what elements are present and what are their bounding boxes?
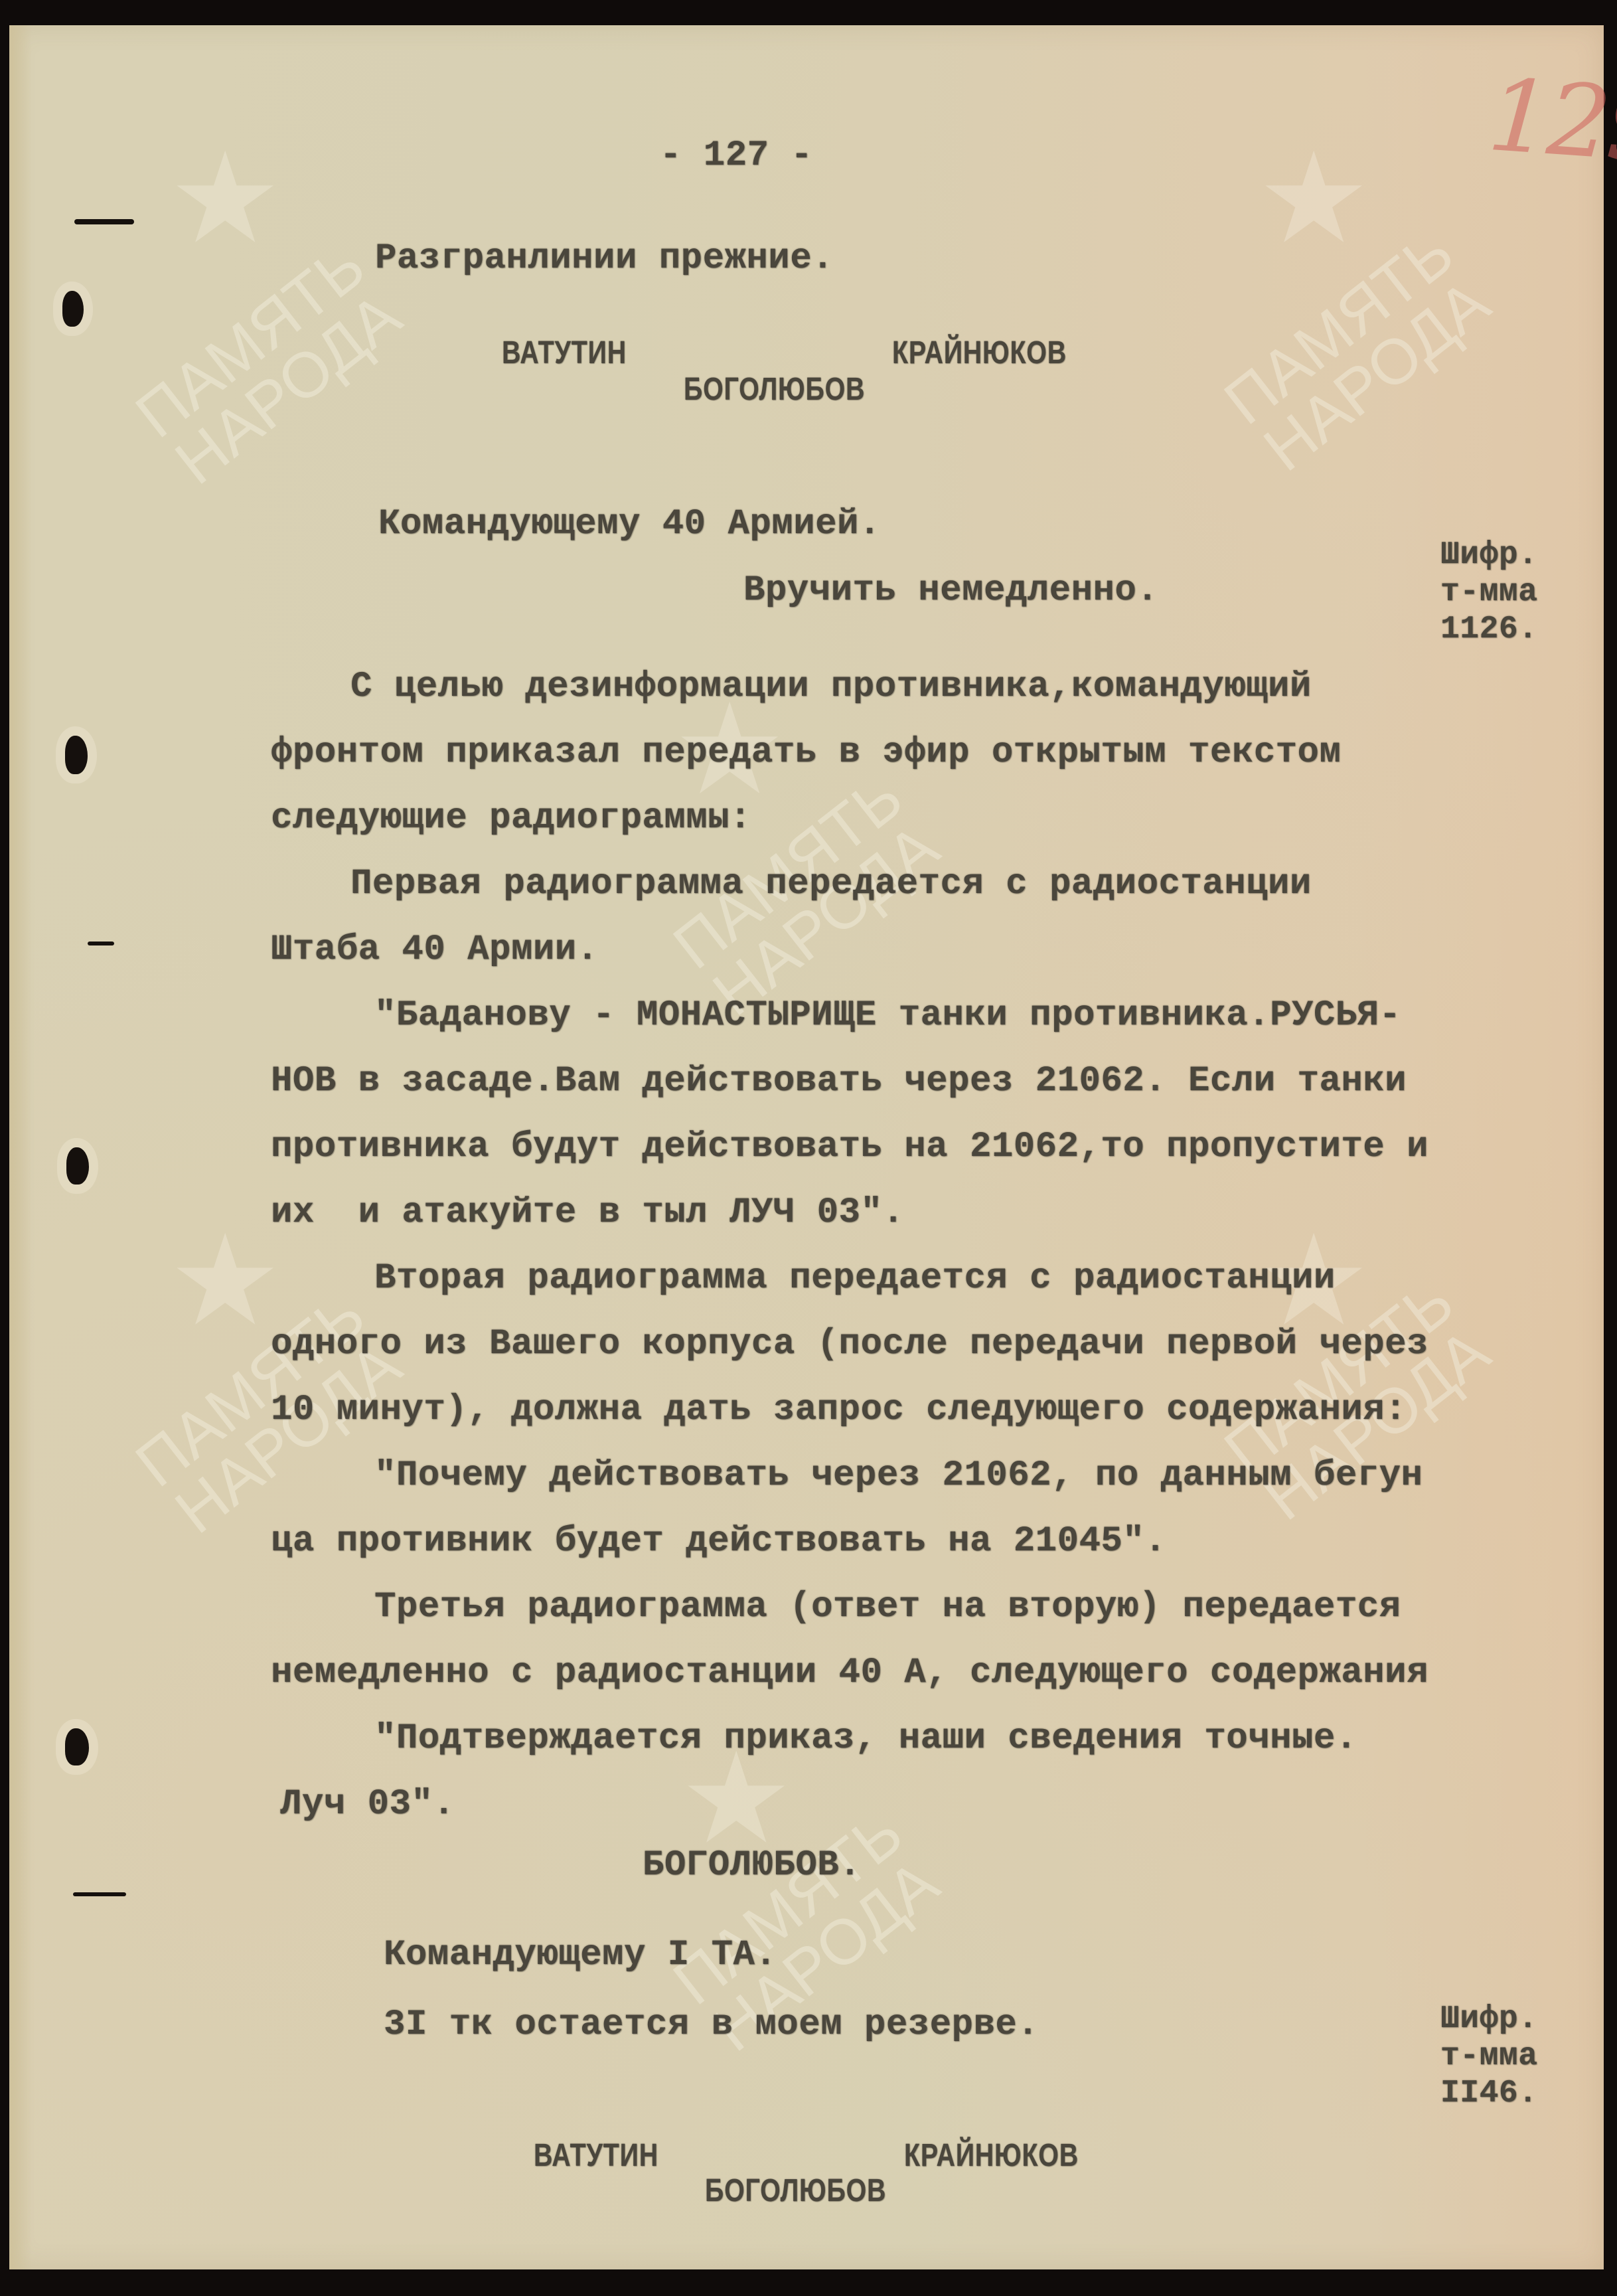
signature-bogolyubov: БОГОЛЮБОВ	[684, 374, 865, 406]
page-number: - 127 -	[660, 138, 812, 174]
binding-tear	[73, 1892, 126, 1896]
priority-note: Вручить немедленно.	[743, 573, 1158, 609]
body-line: 10 минут), должна дать запрос следующего…	[271, 1392, 1407, 1428]
body-line: "Почему действовать через 21062, по данн…	[374, 1458, 1423, 1494]
body-line: Первая радиограмма передается с радиоста…	[350, 866, 1312, 902]
message-signature: БОГОЛЮБОВ.	[643, 1848, 861, 1884]
body-line: С целью дезинформации противника,команду…	[350, 669, 1312, 705]
cipher-note: Шифр. т-мма II46.	[1440, 2001, 1538, 2112]
body-line: Луч 03".	[280, 1787, 455, 1823]
body-line: фронтом приказал передать в эфир открыты…	[271, 735, 1341, 771]
binding-hole	[62, 291, 84, 327]
binding-hole	[65, 736, 88, 774]
signature-kraynyukov: КРАЙНЮКОВ	[904, 2140, 1079, 2172]
signature-vatutin: ВАТУТИН	[534, 2140, 658, 2172]
watermark-star-icon: ★	[169, 125, 281, 272]
signature-vatutin: ВАТУТИН	[502, 337, 627, 369]
binding-hole	[66, 1147, 89, 1185]
body-line: "Баданову - МОНАСТЫРИЩЕ танки противника…	[374, 998, 1401, 1034]
body-line: ца противник будет действовать на 21045"…	[271, 1524, 1166, 1560]
binding-tear	[88, 942, 114, 945]
signature-bogolyubov: БОГОЛЮБОВ	[705, 2175, 886, 2207]
addressee: Командующему 40 Армией.	[378, 507, 881, 542]
body-line: Вторая радиограмма передается с радиоста…	[374, 1261, 1336, 1297]
archive-page-number: 129	[1484, 58, 1617, 185]
addressee: Командующему I ТА.	[384, 1937, 777, 1973]
message-text: 3I тк остается в моем резерве.	[384, 2007, 1039, 2043]
body-line: Третья радиограмма (ответ на вторую) пер…	[374, 1590, 1401, 1625]
watermark-star-icon: ★	[1257, 125, 1370, 272]
header-note: Разгранлинии прежние.	[375, 241, 834, 277]
body-line: их и атакуйте в тыл ЛУЧ 03".	[271, 1195, 904, 1231]
body-line: противника будут действовать на 21062,то…	[271, 1129, 1428, 1165]
watermark-star-icon: ★	[169, 1207, 281, 1354]
signature-kraynyukov: КРАЙНЮКОВ	[892, 337, 1067, 369]
body-line: Штаба 40 Армии.	[271, 932, 599, 968]
body-line: следующие радиограммы:	[271, 801, 751, 837]
document-page: ★ ПАМЯТЬ НАРОДА ★ ПАМЯТЬ НАРОДА ★ ПАМЯТЬ…	[9, 25, 1604, 2269]
watermark: ПАМЯТЬ НАРОДА	[1215, 221, 1501, 483]
body-line: немедленно с радиостанции 40 А, следующе…	[271, 1655, 1428, 1691]
body-line: одного из Вашего корпуса (после передачи…	[271, 1327, 1428, 1362]
binding-tear	[74, 219, 134, 224]
cipher-note: Шифр. т-мма 1126.	[1440, 536, 1538, 648]
watermark: ПАМЯТЬ НАРОДА	[126, 234, 413, 496]
binding-hole	[65, 1728, 89, 1765]
body-line: НОВ в засаде.Вам действовать через 21062…	[271, 1064, 1407, 1100]
body-line: "Подтверждается приказ, наши сведения то…	[374, 1721, 1357, 1757]
